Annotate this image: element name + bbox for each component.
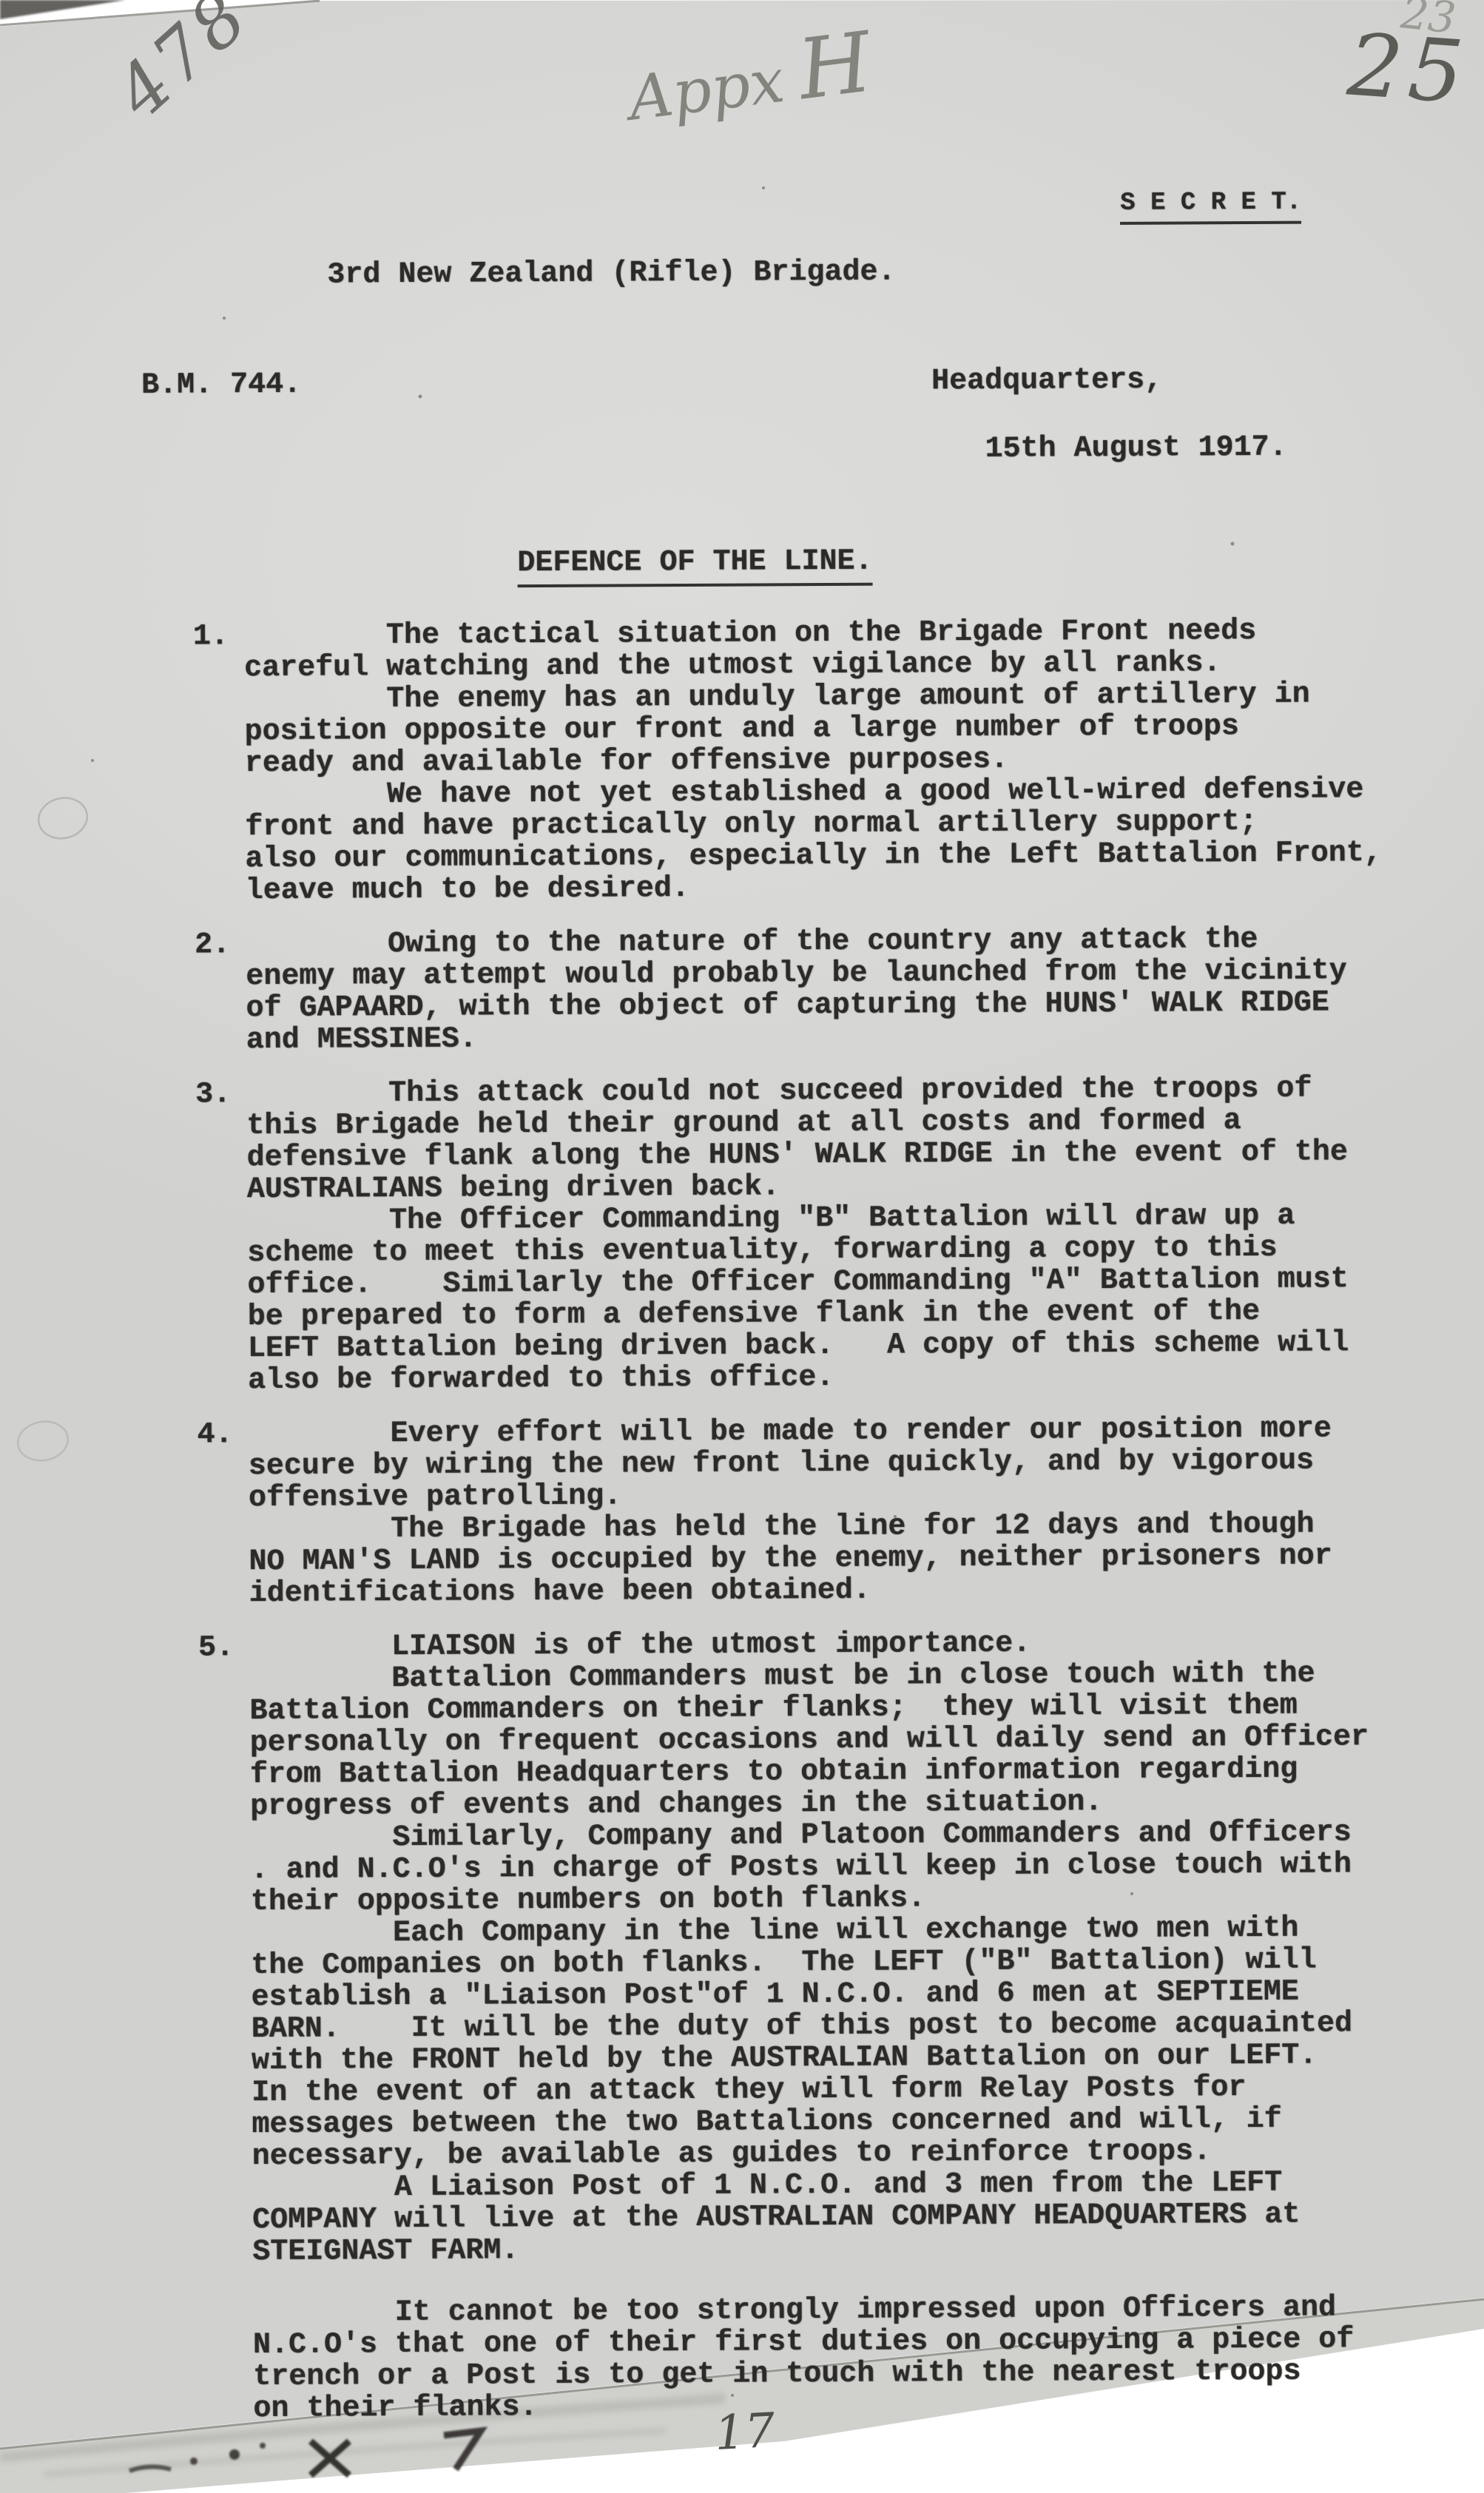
classification-text: S E C R E T. [1120,189,1301,225]
document-date: 15th August 1917. [985,432,1287,465]
paragraph-number: 2. [195,929,246,961]
paragraph-lines: Owing to the nature of the country any a… [246,923,1347,1056]
paragraph-lines: It cannot be too strongly impressed upon… [253,2292,1355,2425]
classification-stamp: S E C R E T. [1030,155,1302,252]
document-title: DEFENCE OF THE LINE. [411,514,873,612]
scanned-document-page: 478 AppxH 23 25 17 S E C R E T. 3rd New … [0,0,1484,2493]
doc-line: from Battalion Headquarters to obtain in… [250,1753,1369,1791]
paragraph: 5. LIAISON is of the utmost importance. … [198,1626,1459,2269]
document-title-text: DEFENCE OF THE LINE. [517,545,872,588]
doc-line: also be forwarded to this office. [248,1359,1349,1397]
doc-line: . and N.C.O's in charge of Posts will ke… [251,1849,1369,1886]
doc-line: LEFT Battalion being driven back. A copy… [248,1327,1349,1365]
doc-line: and MESSINES. [246,1019,1347,1056]
paragraph-number: 5. [198,1632,249,1664]
paragraph-number: 1. [193,621,244,652]
doc-line: STEIGNAST FARM. [252,2230,1371,2268]
doc-line: COMPANY will live at the AUSTRALIAN COMP… [252,2199,1371,2236]
paragraph: 4. Every effort will be made to render o… [197,1413,1455,1610]
doc-line: trench or a Post is to get in touch with… [253,2355,1354,2393]
paragraph-number: 4. [197,1419,248,1451]
doc-line: identifications have been obtained. [249,1572,1332,1610]
paragraph-lines: The tactical situation on the Brigade Fr… [244,615,1382,907]
paragraph: 2. Owing to the nature of the country an… [195,923,1453,1057]
unit-name: 3rd New Zealand (Rifle) Brigade. [327,257,895,291]
doc-line: of GAPAARD, with the object of capturing… [246,987,1346,1025]
doc-line: on their flanks. [253,2387,1354,2425]
paragraph: 3. This attack could not succeed provide… [195,1073,1454,1397]
paragraph-number: 3. [195,1079,246,1110]
issued-at: Headquarters, [931,365,1162,398]
typed-content: S E C R E T. 3rd New Zealand (Rifle) Bri… [0,0,1484,2493]
doc-line: secure by wiring the new front line quic… [249,1445,1332,1482]
paragraph-lines: This attack could not succeed provided t… [246,1073,1349,1397]
paragraph: 1. The tactical situation on the Brigade… [193,615,1452,908]
reference-number: B.M. 744. [141,369,301,402]
doc-line: leave much to be desired. [246,869,1382,907]
paragraph-lines: Every effort will be made to render our … [248,1413,1332,1610]
doc-line: position opposite our front and a large … [245,710,1381,748]
document-body: 1. The tactical situation on the Brigade… [193,615,1460,2426]
doc-line: also our communications, especially in t… [245,837,1381,875]
paragraph: It cannot be too strongly impressed upon… [202,2292,1460,2426]
doc-line: NO MAN'S LAND is occupied by the enemy, … [249,1540,1332,1578]
doc-line: defensive flank along the HUNS' WALK RID… [247,1136,1348,1174]
paragraph-lines: LIAISON is of the utmost importance. Bat… [249,1626,1372,2268]
